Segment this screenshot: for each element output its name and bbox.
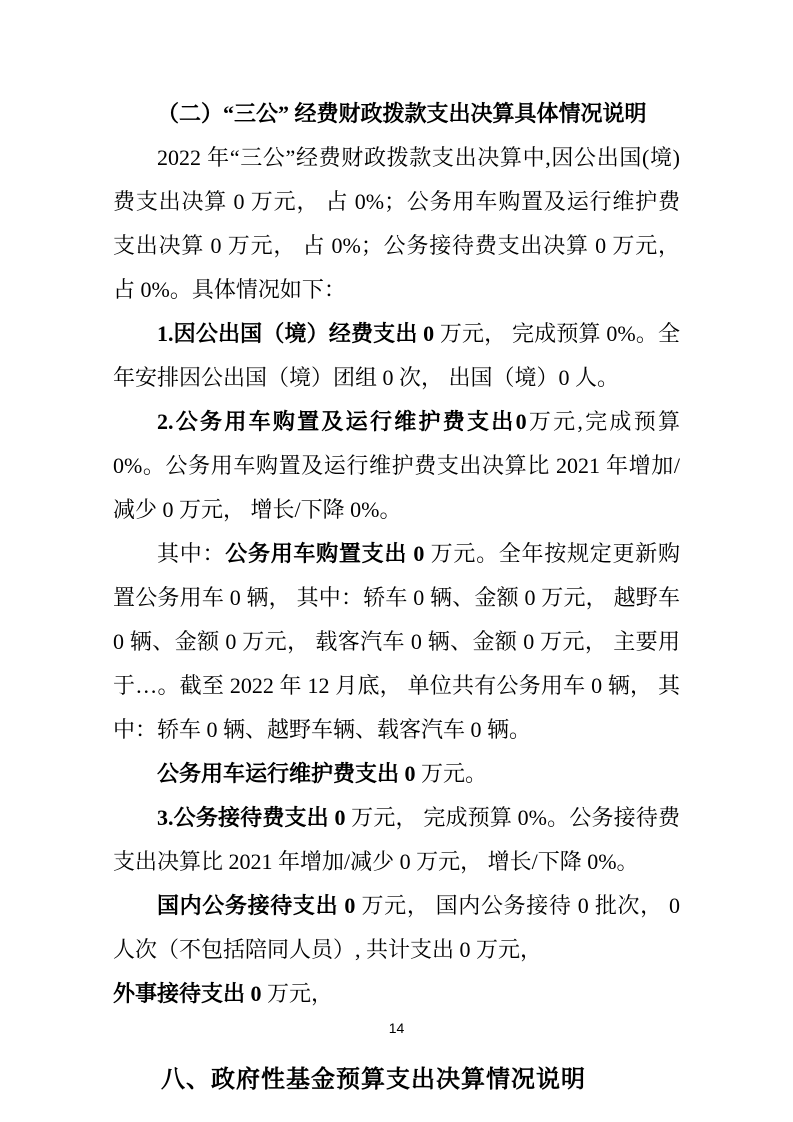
section-heading-gov-fund: 八、政府性基金预算支出决算情况说明	[113, 1060, 680, 1100]
paragraph-vehicle-expense: 2.公务用车购置及运行维护费支出0万元,完成预算0%。公务用车购置及运行维护费支…	[113, 400, 680, 532]
text-run: 外事接待支出 0	[113, 981, 267, 1006]
paragraph-reception-expense: 3.公务接待费支出 0 万元， 完成预算 0%。公务接待费支出决算比 2021 …	[113, 796, 680, 884]
text-run: 国内公务接待支出 0	[157, 893, 362, 918]
document-page: （二）“三公” 经费财政拨款支出决算具体情况说明 2022 年“三公”经费财政拨…	[0, 0, 793, 1122]
text-run: 3.公务接待费支出 0	[157, 805, 351, 830]
text-run: 2022 年“三公”经费财政拨款支出决算中,因公出国(境)费支出决算 0 万元，…	[113, 145, 680, 302]
paragraph-vehicle-maintenance: 公务用车运行维护费支出 0 万元。	[113, 752, 680, 796]
paragraph-foreign-reception: 外事接待支出 0 万元，	[113, 972, 680, 1016]
text-run: 2.公务用车购置及运行维护费支出0	[157, 409, 527, 434]
text-run: 万元，	[267, 981, 333, 1006]
text-run: 万元。	[421, 761, 487, 786]
page-number: 14	[0, 1020, 793, 1036]
section-heading-sangong: （二）“三公” 经费财政拨款支出决算具体情况说明	[113, 92, 680, 136]
paragraph-vehicle-purchase: 其中：公务用车购置支出 0 万元。全年按规定更新购置公务用车 0 辆， 其中：轿…	[113, 532, 680, 752]
text-run: 其中：	[157, 541, 225, 566]
paragraph-overview: 2022 年“三公”经费财政拨款支出决算中,因公出国(境)费支出决算 0 万元，…	[113, 136, 680, 312]
text-run: 1.因公出国（境）经费支出 0	[157, 321, 440, 346]
text-run: 万元。全年按规定更新购置公务用车 0 辆， 其中：轿车 0 辆、金额 0 万元，…	[113, 541, 680, 742]
document-body: （二）“三公” 经费财政拨款支出决算具体情况说明 2022 年“三公”经费财政拨…	[113, 92, 680, 1100]
paragraph-domestic-reception: 国内公务接待支出 0 万元， 国内公务接待 0 批次， 0 人次（不包括陪同人员…	[113, 884, 680, 972]
text-run: 公务用车购置支出 0	[225, 541, 430, 566]
paragraph-abroad-expense: 1.因公出国（境）经费支出 0 万元， 完成预算 0%。全年安排因公出国（境）团…	[113, 312, 680, 400]
text-run: 公务用车运行维护费支出 0	[157, 761, 421, 786]
